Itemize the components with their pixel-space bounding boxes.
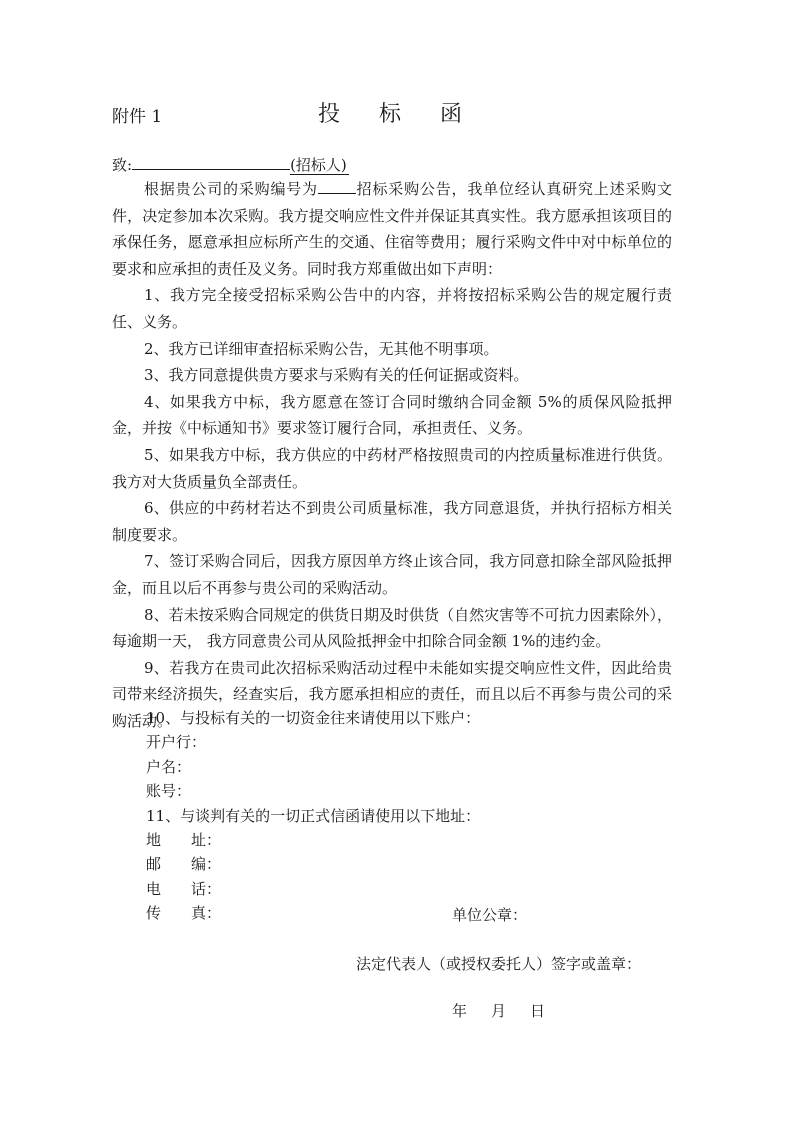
clause-2: 2、我方已详细审查招标采购公告，无其他不明事项。 xyxy=(112,336,672,363)
intro-text-1: 根据贵公司的采购编号为 xyxy=(144,180,318,198)
clause-1: 1、我方完全接受招标采购公告中的内容，并将按招标采购公告的规定履行责任、义务。 xyxy=(112,282,672,335)
account-name-field[interactable]: 户名： xyxy=(146,755,480,779)
clause-7: 7、签订采购合同后，因我方原因单方终止该合同，我方同意扣除全部风险抵押金，而且以… xyxy=(112,548,672,601)
clause-3: 3、我方同意提供贵方要求与采购有关的任何证据或资料。 xyxy=(112,362,672,389)
fax-field[interactable]: 传 真： xyxy=(146,901,480,925)
addressee-role: (招标人) xyxy=(290,156,349,175)
info-fields: 10、与投标有关的一切资金往来请使用以下账户： 开户行： 户名： 账号： 11、… xyxy=(146,706,480,926)
account-number-field[interactable]: 账号： xyxy=(146,779,480,803)
document-title: 投 标 函 xyxy=(318,97,478,128)
company-seal-label[interactable]: 单位公章： xyxy=(452,904,527,925)
addressee-prefix: 致: xyxy=(112,156,132,174)
contact-heading: 11、与谈判有关的一切正式信函请使用以下地址： xyxy=(146,804,480,828)
phone-field[interactable]: 电 话： xyxy=(146,877,480,901)
year-label: 年 xyxy=(452,1002,467,1020)
month-label: 月 xyxy=(491,1002,506,1020)
date-line[interactable]: 年月日 xyxy=(452,1000,569,1021)
clause-4: 4、如果我方中标，我方愿意在签订合同时缴纳合同金额 5%的质保风险抵押金，并按《… xyxy=(112,389,672,442)
address-field[interactable]: 地 址： xyxy=(146,828,480,852)
letter-body: 根据贵公司的采购编号为招标采购公告，我单位经认真研究上述采购文件，决定参加本次采… xyxy=(112,176,672,734)
postcode-field[interactable]: 邮 编： xyxy=(146,852,480,876)
account-heading: 10、与投标有关的一切资金往来请使用以下账户： xyxy=(146,706,480,730)
bank-field[interactable]: 开户行： xyxy=(146,730,480,754)
day-label: 日 xyxy=(530,1002,545,1020)
clause-6: 6、供应的中药材若达不到贵公司质量标准，我方同意退货，并执行招标方相关制度要求。 xyxy=(112,495,672,548)
intro-paragraph: 根据贵公司的采购编号为招标采购公告，我单位经认真研究上述采购文件，决定参加本次采… xyxy=(112,176,672,282)
representative-signature-label[interactable]: 法定代表人（或授权委托人）签字或盖章： xyxy=(356,953,641,974)
addressee-blank[interactable] xyxy=(132,155,290,170)
clause-8: 8、若未按采购合同规定的供货日期及时供货（自然灾害等不可抗力因素除外），每逾期一… xyxy=(112,602,672,655)
addressee-line: 致:(招标人) xyxy=(112,154,349,175)
attachment-label: 附件 1 xyxy=(112,102,162,127)
clause-5: 5、如果我方中标，我方供应的中药材严格按照贵司的内控质量标准进行供货。我方对大货… xyxy=(112,442,672,495)
procurement-number-blank[interactable] xyxy=(318,179,356,194)
